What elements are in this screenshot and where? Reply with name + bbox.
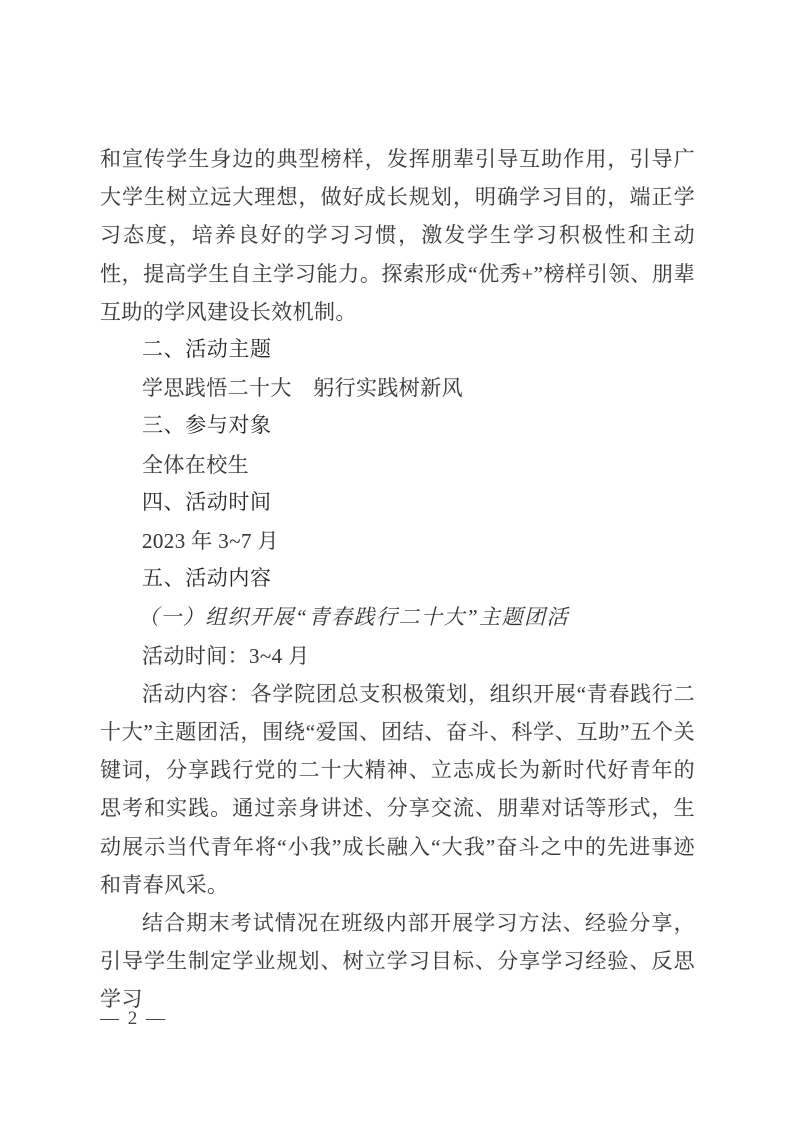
participants-text: 全体在校生 [100, 446, 695, 484]
subsection-heading-youth-league-activity: （一）组织开展“青春践行二十大”主题团活 [100, 598, 695, 636]
section-heading-activity-time: 四、活动时间 [100, 484, 695, 522]
activity-time-text: 2023 年 3~7 月 [100, 522, 695, 560]
subsection-time-line: 活动时间：3~4 月 [100, 637, 695, 675]
section-heading-activity-content: 五、活动内容 [100, 560, 695, 598]
page-number: — 2 — [100, 1004, 167, 1034]
section-heading-participants: 三、参与对象 [100, 407, 695, 445]
subsection-followup-paragraph: 结合期末考试情况在班级内部开展学习方法、经验分享，引导学生制定学业规划、树立学习… [100, 904, 695, 1019]
document-page: 和宣传学生身边的典型榜样，发挥朋辈引导互助作用，引导广大学生树立远大理想，做好成… [0, 0, 792, 1124]
continuation-paragraph: 和宣传学生身边的典型榜样，发挥朋辈引导互助作用，引导广大学生树立远大理想，做好成… [100, 140, 695, 331]
activity-theme-text: 学思践悟二十大 躬行实践树新风 [100, 369, 695, 407]
subsection-content-paragraph: 活动内容：各学院团总支积极策划，组织开展“青春践行二十大”主题团活，围绕“爱国、… [100, 675, 695, 904]
section-heading-activity-theme: 二、活动主题 [100, 331, 695, 369]
document-content: 和宣传学生身边的典型榜样，发挥朋辈引导互助作用，引导广大学生树立远大理想，做好成… [100, 140, 695, 1019]
